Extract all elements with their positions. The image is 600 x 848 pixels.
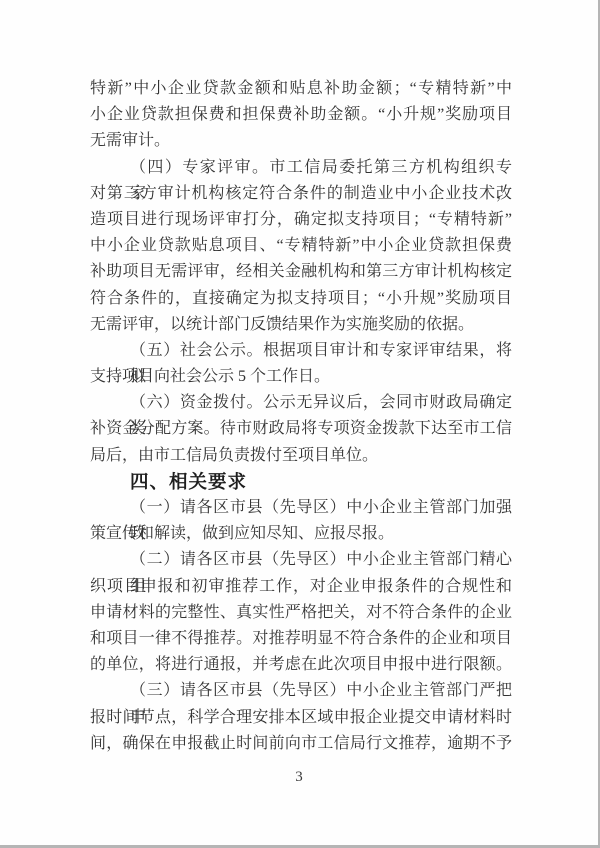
text-line: 报时间节点，科学合理安排本区域申报企业提交申请材料时 [90,705,512,731]
text-line: 补资金分配方案。待市财政局将专项资金拨款下达至市工信 [90,416,512,442]
text-line: 局后，由市工信局负责拨付至项目单位。 [90,443,512,469]
text-line: （二）请各区市县（先导区）中小企业主管部门精心组 [90,547,512,573]
text-line: 补助项目无需评审，经相关金融机构和第三方审计机构核定 [90,259,512,285]
text-line: （四）专家评审。市工信局委托第三方机构组织专家， [90,155,512,181]
text-line: 造项目进行现场评审打分，确定拟支持项目；“专精特新” [90,207,512,233]
text-line: 策宣传和解读，做到应知尽知、应报尽报。 [90,521,512,547]
text-line: 对第三方审计机构核定符合条件的制造业中小企业技术改 [90,181,512,207]
page-number: 3 [0,769,598,786]
text-line: 特新”中小企业贷款金额和贴息补助金额；“专精特新”中 [90,76,512,102]
document-lines: 特新”中小企业贷款金额和贴息补助金额；“专精特新”中小企业贷款担保费和担保费补助… [90,76,512,757]
text-line: （一）请各区市县（先导区）中小企业主管部门加强政 [90,495,512,521]
text-line: 无需评审，以统计部门反馈结果作为实施奖励的依据。 [90,312,512,338]
document-body: 特新”中小企业贷款金额和贴息补助金额；“专精特新”中小企业贷款担保费和担保费补助… [90,76,512,757]
text-line: 织项目申报和初审推荐工作，对企业申报条件的合规性和 [90,574,512,600]
text-line: 间，确保在申报截止时间前向市工信局行文推荐，逾期不予 [90,731,512,757]
scanned-document-page: 特新”中小企业贷款金额和贴息补助金额；“专精特新”中小企业贷款担保费和担保费补助… [0,0,600,848]
text-line: 的单位，将进行通报，并考虑在此次项目申报中进行限额。 [90,652,512,678]
text-line: （三）请各区市县（先导区）中小企业主管部门严把申 [90,678,512,704]
text-line: （五）社会公示。根据项目审计和专家评审结果，将拟 [90,338,512,364]
text-line: 小企业贷款担保费和担保费补助金额。“小升规”奖励项目 [90,102,512,128]
text-line: 符合条件的，直接确定为拟支持项目；“小升规”奖励项目 [90,286,512,312]
text-line: 无需审计。 [90,128,512,154]
section-heading: 四、相关要求 [90,469,512,495]
text-line: 和项目一律不得推荐。对推荐明显不符合条件的企业和项目 [90,626,512,652]
text-line: 支持项目向社会公示 5 个工作日。 [90,364,512,390]
text-line: 中小企业贷款贴息项目、“专精特新”中小企业贷款担保费 [90,233,512,259]
text-line: （六）资金拨付。公示无异议后，会同市财政局确定奖 [90,390,512,416]
text-line: 申请材料的完整性、真实性严格把关，对不符合条件的企业 [90,600,512,626]
